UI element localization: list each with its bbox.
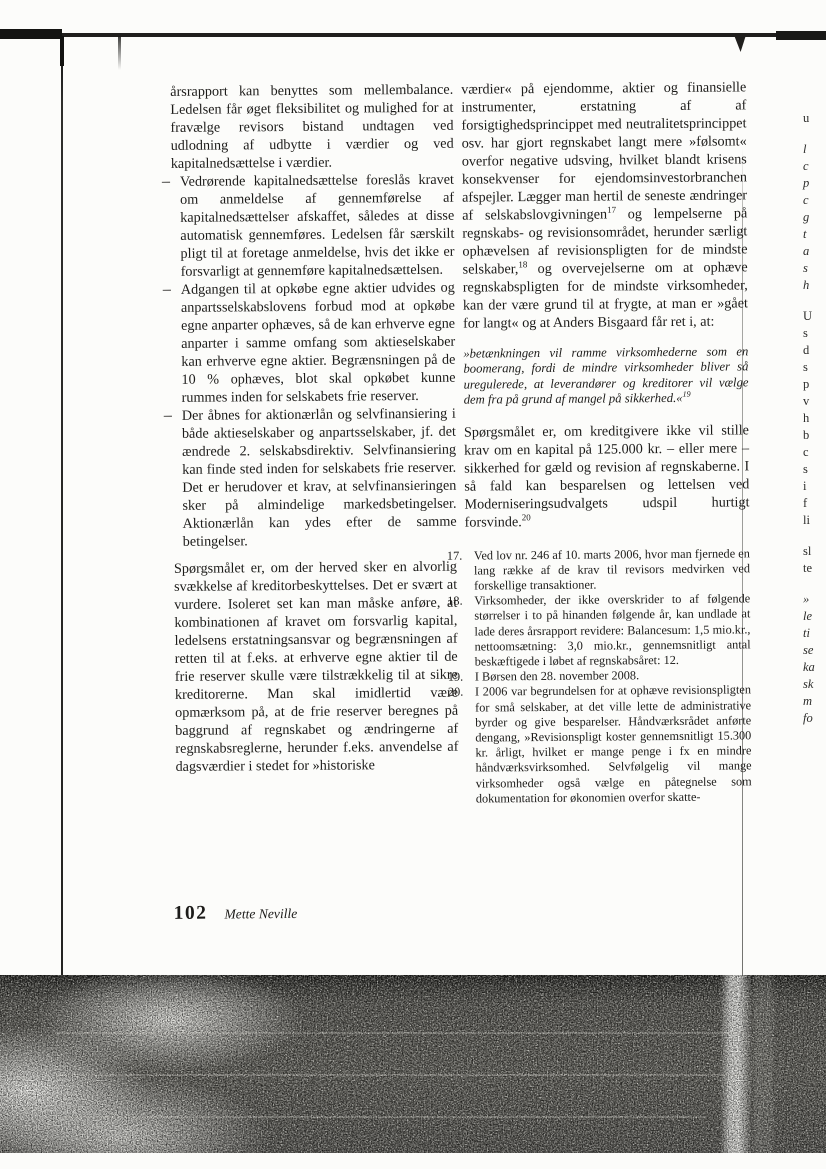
footnote-ref-18: 18	[518, 259, 527, 269]
footnote-text: Virksomheder, der ikke overskrider to af…	[474, 592, 750, 669]
edge-letter: ka	[803, 659, 826, 676]
paragraph: værdier« på ejendomme, aktier og finansi…	[461, 78, 748, 332]
text-run: værdier« på ejendomme, aktier og finansi…	[461, 79, 747, 223]
list-item: – Vedrørende kapitalnedsættelse foreslås…	[171, 171, 455, 281]
footnote: 20.I 2006 var begrundelsen for at ophæve…	[466, 683, 752, 807]
footnote-number: 18.	[447, 594, 473, 609]
edge-letter: m	[803, 693, 826, 710]
edge-letter: c	[803, 192, 826, 209]
right-column: værdier« på ejendomme, aktier og finansi…	[461, 78, 752, 806]
edge-letter: »	[803, 591, 826, 608]
edge-letter: s	[803, 325, 826, 342]
edge-letter: U	[803, 308, 826, 325]
footnote-ref-19: 19	[683, 390, 691, 399]
scanned-book-page: årsrapport kan benyttes som mellembalanc…	[0, 0, 826, 1169]
edge-letter: sk	[803, 676, 826, 693]
list-item-text: Der åbnes for aktionærlån og selvfinansi…	[182, 405, 457, 551]
paragraph: Spørgsmålet er, om kreditgivere ikke vil…	[464, 421, 750, 531]
edge-letter: p	[803, 376, 826, 393]
edge-letter: b	[803, 427, 826, 444]
footnote-ref-17: 17	[607, 205, 616, 215]
edge-letter: sl	[803, 543, 826, 560]
edge-letter: c	[803, 444, 826, 461]
edge-letter: s	[803, 260, 826, 277]
edge-letter: l	[803, 141, 826, 158]
edge-letter: a	[803, 243, 826, 260]
page-number: 102	[174, 903, 208, 924]
edge-letter: c	[803, 158, 826, 175]
scan-noise-texture	[0, 975, 826, 1153]
page-footer: 102Mette Neville	[174, 902, 298, 925]
list-item: – Adgangen til at opkøbe egne aktier udv…	[172, 279, 456, 407]
list-item-text: Adgangen til at opkøbe egne aktier udvid…	[181, 279, 456, 407]
paragraph: Spørgsmålet er, om der herved sker en al…	[174, 558, 459, 776]
scan-bottom-book-edge	[0, 975, 826, 1153]
edge-letter: h	[803, 410, 826, 427]
list-item: – Der åbnes for aktionærlån og selvfinan…	[173, 405, 457, 551]
dash-bullet: –	[162, 173, 170, 191]
edge-letter: se	[803, 642, 826, 659]
footnote-text: I 2006 var begrundelsen for at ophæve re…	[475, 683, 752, 806]
edge-letter: g	[803, 209, 826, 226]
quote-text: »betænkningen vil ramme virksomhederne s…	[463, 344, 748, 406]
footnote-number: 17.	[447, 548, 473, 563]
list-item-text: Vedrørende kapitalnedsættelse foreslås k…	[180, 171, 455, 281]
footnote-ref-20: 20	[522, 512, 531, 522]
block-quote: »betænkningen vil ramme virksomhederne s…	[463, 344, 748, 408]
edge-letter: ti	[803, 625, 826, 642]
text-run: Spørgsmålet er, om kreditgivere ikke vil…	[464, 422, 750, 530]
edge-letter: d	[803, 342, 826, 359]
left-column: årsrapport kan benyttes som mellembalanc…	[170, 81, 458, 776]
edge-letter: h	[803, 277, 826, 294]
footnote-text: Ved lov nr. 246 af 10. marts 2006, hvor …	[474, 546, 750, 593]
footnote: 17.Ved lov nr. 246 af 10. marts 2006, hv…	[465, 546, 750, 594]
footnote-number: 20.	[448, 685, 474, 700]
running-author: Mette Neville	[224, 906, 297, 922]
edge-letter: i	[803, 478, 826, 495]
dash-bullet: –	[164, 407, 172, 425]
edge-letter: te	[803, 560, 826, 577]
edge-letter: s	[803, 461, 826, 478]
edge-letter: p	[803, 175, 826, 192]
footnote-number: 19.	[448, 670, 474, 685]
edge-letter: s	[803, 359, 826, 376]
edge-letter: le	[803, 608, 826, 625]
footnote-text: I Børsen den 28. november 2008.	[475, 668, 639, 683]
edge-letter: v	[803, 393, 826, 410]
edge-letter: f	[803, 495, 826, 512]
edge-letter: fo	[803, 710, 826, 727]
edge-letter: t	[803, 226, 826, 243]
footnote: 18.Virksomheder, der ikke overskrider to…	[465, 592, 751, 670]
dash-bullet: –	[163, 281, 171, 299]
facing-page-text-fragments: u l c p c g t a s h U s d s p v h b c s …	[803, 110, 826, 727]
paragraph-continuation: årsrapport kan benyttes som mellembalanc…	[170, 81, 454, 173]
footnotes-block: 17.Ved lov nr. 246 af 10. marts 2006, hv…	[465, 546, 752, 807]
edge-letter: u	[803, 110, 826, 127]
edge-letter: li	[803, 512, 826, 529]
